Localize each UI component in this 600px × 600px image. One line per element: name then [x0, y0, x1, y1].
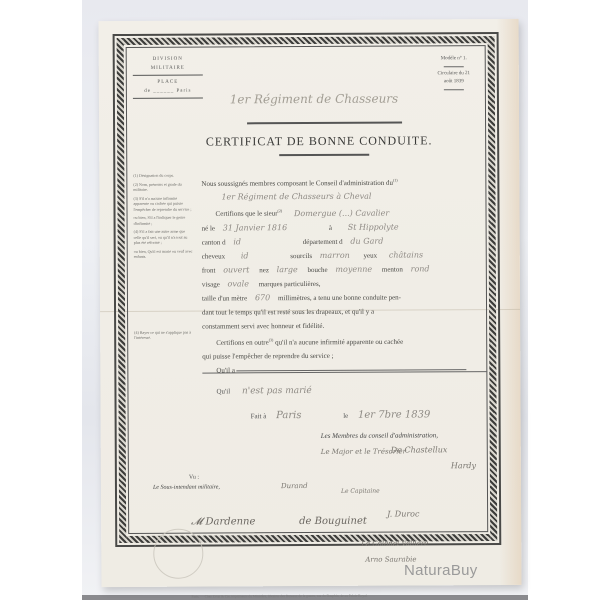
side-note: (3) S'il n'a aucune infirmité apparente … [133, 195, 193, 212]
model-number: Modèle n° 1. [429, 55, 479, 63]
canton-value: id [233, 237, 241, 246]
signature: Hardy [451, 461, 476, 470]
taille-line: taille d'un mètre 670 millimètres, a ten… [202, 290, 487, 305]
face-line: front ouvert nez large bouche moyenne me… [202, 262, 487, 277]
departement-value: du Gard [350, 236, 383, 245]
certify2-line: Certifions en outre(3) qu'il n'a aucune … [202, 332, 487, 350]
birth-date: 31 Janvier 1816 [223, 223, 287, 232]
certify2-rest: qu'il n'a aucune infirmité apparente ou … [275, 337, 403, 346]
certify-text: Certifions que le sieur [216, 210, 278, 218]
fait-line: Fait à Paris le 1er 7bre 1839 [251, 409, 431, 421]
certify2-text: Certifions en outre [216, 338, 269, 346]
rule [133, 75, 203, 76]
marques-label: marques particulières, [259, 280, 321, 288]
departement-label: département d [303, 237, 343, 245]
regiment-handwritten: 1er Régiment de Chasseurs [209, 91, 419, 106]
fait-label: Fait à [251, 412, 267, 420]
regiment-line: 1er Régiment de Chasseurs à Cheval [201, 189, 486, 204]
side-note: (2) Nom, prénoms et grade du militaire. [133, 181, 193, 192]
division-label: DIVISION [133, 55, 203, 64]
side-notes: (1) Désignation du corps. (2) Nom, préno… [133, 173, 194, 344]
nez-value: large [277, 265, 298, 274]
vu-label: Vu : [189, 475, 199, 481]
fait-place: Paris [276, 410, 301, 421]
front-value: ouvert [223, 265, 249, 274]
signature: De Chastellux [391, 445, 448, 454]
quil-a-line: Qu'il a [202, 362, 487, 377]
certificate-body: Nous soussignés membres composant le Con… [201, 173, 487, 377]
official-stamp [153, 529, 203, 579]
regiment-value: 1er Régiment de Chasseurs à Cheval [221, 192, 371, 202]
birth-line: né le 31 Janvier 1816 à St Hippolyte [202, 220, 487, 235]
side-note-footnote: (4) Rayer ce qui ne s'applique pas à l'i… [134, 329, 194, 340]
cheveux-value: id [241, 251, 249, 260]
fait-date: 1er 7bre 1839 [358, 409, 430, 420]
certify-line: Certifions que le sieur(2) Domergue (...… [201, 203, 486, 221]
birth-place: St Hippolyte [348, 222, 399, 231]
side-note: ou bien, S'il a l'indiquer le genre d'in… [134, 215, 194, 226]
side-note: (1) Désignation du corps. [133, 173, 193, 179]
quil-label: Qu'il [216, 387, 230, 395]
document-title: CERTIFICAT DE BONNE CONDUITE. [169, 133, 469, 150]
intro-line: Nous soussignés membres composant le Con… [201, 173, 486, 191]
born-place-label: à [329, 224, 332, 232]
menton-value: rond [411, 264, 430, 273]
naturabuy-watermark: NaturaBuy [404, 562, 478, 579]
footnote-ref: (2) [278, 208, 283, 213]
circular-date: août 1839 [429, 78, 479, 86]
certify2-line2: qui puisse l'empêcher de reprendre du se… [202, 348, 487, 363]
header-left: DIVISION MILITAIRE PLACE de ______ Paris [133, 55, 203, 101]
yeux-value: châtains [389, 250, 423, 259]
rule [444, 66, 464, 67]
rule [133, 98, 203, 99]
service-line: dant tout le temps qu'il est resté sous … [202, 304, 487, 319]
intro-text: Nous soussignés membres composant le Con… [201, 179, 393, 188]
yeux-label: yeux [364, 251, 378, 259]
soldier-name: Domergue (...) Cavalier [294, 208, 389, 217]
signature: Le Colonel Vallière [361, 539, 428, 547]
signature: J. Duroc [387, 509, 419, 518]
place-label: PLACE [133, 78, 203, 87]
born-label: né le [202, 224, 215, 232]
nez-label: nez [259, 266, 269, 274]
cheveux-label: cheveux [202, 252, 225, 260]
honor-line: constamment servi avec honneur et fidéli… [202, 318, 487, 333]
visage-value: ovale [228, 279, 249, 288]
front-label: front [202, 266, 216, 274]
circular-label: Circulaire du 21 [429, 70, 479, 78]
footnote-ref: (1) [393, 178, 398, 183]
quil-line: Qu'il n'est pas marié [216, 386, 311, 396]
visage-label: visage [202, 280, 220, 288]
certificate-document: DIVISION MILITAIRE PLACE de ______ Paris… [99, 19, 522, 587]
bouche-label: bouche [307, 266, 327, 274]
sourcils-label: sourcils [290, 252, 312, 260]
place-value: de ______ Paris [133, 87, 203, 96]
members-label: Les Membres du conseil d'administration, [321, 431, 438, 440]
footnote-ref: (3) [269, 337, 274, 342]
hair-line: cheveux id sourcils marron yeux châtains [202, 248, 487, 263]
canton-line: canton d id département d du Gard [202, 234, 487, 249]
taille-value: 670 [255, 293, 270, 302]
title-rule-top [247, 122, 402, 125]
side-note: (4) S'il a fait une autre arme que celle… [134, 229, 194, 246]
rule [444, 89, 464, 90]
sous-intendant-label: Le Sous-intendant militaire, [153, 484, 220, 490]
signature: de Bouguinet [299, 516, 367, 527]
signature: Durand [281, 482, 308, 490]
document-content: DIVISION MILITAIRE PLACE de ______ Paris… [129, 49, 486, 531]
visage-line: visage ovale marques particulières, [202, 276, 487, 291]
menton-label: menton [382, 265, 403, 273]
side-note: ou bien, Qu'il est marié ou veuf avec en… [134, 248, 194, 259]
quil-value: n'est pas marié [242, 386, 312, 396]
le-label: le [343, 412, 348, 420]
taille-label: taille d'un mètre [202, 294, 247, 302]
canton-label: canton d [202, 238, 226, 246]
sous-intendant-signature: 𝓜 Dardenne [191, 516, 255, 527]
taille-rest: millimètres, a tenu une bonne conduite p… [278, 293, 401, 302]
title-rule-bottom [279, 154, 369, 156]
bouche-value: moyenne [335, 264, 372, 273]
header-right: Modèle n° 1. Circulaire du 21 août 1839 [429, 55, 479, 93]
sourcils-value: marron [320, 250, 350, 259]
signature: Le Capitaine [341, 488, 380, 495]
militaire-label: MILITAIRE [133, 64, 203, 73]
